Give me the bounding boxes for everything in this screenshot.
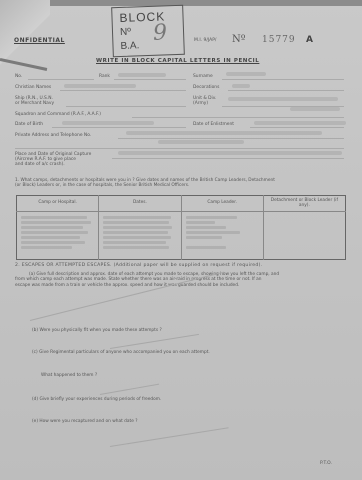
question-2a: (a) Give full description and approx. da… <box>15 272 350 288</box>
capture-entry <box>118 151 342 155</box>
capture-label-line3: and date of a/c crash). <box>15 162 65 167</box>
question-1-line2: (or Block) Leaders or, in the case of ho… <box>15 183 189 188</box>
field-christian-names-label: Christian Names <box>15 85 51 90</box>
field-squadron-label: Squadron and Command (R.A.F., A.A.F.) <box>15 112 101 117</box>
question-2a-line2: from which camp each attempt was made. S… <box>15 277 262 282</box>
field-ship-line <box>66 106 186 107</box>
col-dates: Dates. <box>99 196 181 212</box>
block-stamp: BLOCK Nº B.A. 9 <box>111 5 185 57</box>
field-rank-label: Rank <box>99 74 110 79</box>
serial-suffix: A <box>306 35 313 45</box>
question-2c: (c) Give Regimental particulars of anyon… <box>32 350 210 355</box>
field-enlistment-label: Date of Enlistment <box>193 122 234 127</box>
serial-number: 15779 <box>262 35 296 45</box>
field-no-line <box>28 79 94 80</box>
stamp-handwritten-number: 9 <box>153 20 168 45</box>
field-surname-line <box>222 79 344 80</box>
field-address-line <box>118 138 344 139</box>
field-rank-entry <box>118 73 166 77</box>
field-ship-line2: or Merchant Navy <box>15 101 54 106</box>
field-dob-label: Date of Birth <box>15 122 43 127</box>
field-decorations-line <box>228 90 344 91</box>
field-address-entry-2 <box>158 140 244 144</box>
pencil-stroke <box>110 334 199 349</box>
camps-table-header: Camp or Hospital. Dates. Camp Leader. De… <box>17 196 346 212</box>
field-enlistment-line <box>250 127 344 128</box>
cell-leader-entries <box>181 212 263 260</box>
field-christian-names-entry <box>64 84 136 88</box>
field-enlistment-entry <box>254 121 346 125</box>
field-unit-line2: (Army) <box>193 101 208 106</box>
field-surname-label: Surname <box>193 74 213 79</box>
field-dob-line <box>52 127 186 128</box>
field-unit-label: Unit & Div. (Army) <box>193 96 216 106</box>
field-squadron-line <box>132 117 344 118</box>
field-surname-entry <box>226 72 266 76</box>
pto-footer: P.T.O. <box>320 461 332 466</box>
field-christian-names-line <box>60 90 186 91</box>
cell-camp-entries <box>17 212 99 260</box>
capture-label: Place and Date of Original Capture (Airc… <box>15 152 91 167</box>
field-address-label: Private Address and Telephone No. <box>15 133 91 138</box>
table-row <box>17 212 346 260</box>
camps-table: Camp or Hospital. Dates. Camp Leader. De… <box>16 195 346 260</box>
question-2-heading: 2. ESCAPES OR ATTEMPTED ESCAPES. (Additi… <box>15 263 263 268</box>
classification-label: ONFIDENTIAL <box>14 37 65 44</box>
field-rank-line <box>114 79 186 80</box>
col-detachment-leader: Detachment or Block Leader (if any). <box>263 196 345 212</box>
number-label: Nº <box>232 34 245 45</box>
question-1: 1. What camps, detachments or hospitals … <box>15 178 350 189</box>
cell-detachment-entries <box>263 212 345 260</box>
cell-dates-entries <box>99 212 181 260</box>
pencil-stroke <box>110 427 229 447</box>
col-camp-or-hospital: Camp or Hospital. <box>17 196 99 212</box>
pencil-stroke <box>100 384 159 395</box>
question-2d: (d) Give briefly your experiences during… <box>32 397 161 402</box>
form-reference: M.I. 9/JAP/ <box>194 38 216 43</box>
field-unit-entry-2 <box>290 107 340 111</box>
instruction-header: WRITE IN BLOCK CAPITAL LETTERS IN PENCIL <box>96 58 259 64</box>
question-2e: (e) How were you recaptured and on what … <box>32 419 137 424</box>
field-address-line-2 <box>15 148 344 149</box>
stamp-no-label: Nº <box>120 27 131 38</box>
field-decorations-label: Decorations <box>193 85 219 90</box>
question-2b: (b) Were you physically fit when you mad… <box>32 328 162 333</box>
capture-line <box>112 158 344 159</box>
question-2a-line3: escape was made from a train or vehicle … <box>15 283 239 288</box>
field-ship-label: Ship (R.N., U.S.N. or Merchant Navy <box>15 96 54 106</box>
document-page: BLOCK Nº B.A. 9 ONFIDENTIAL M.I. 9/JAP/ … <box>0 0 362 480</box>
field-address-entry <box>126 131 322 135</box>
question-2c-followup: What happened to them ? <box>41 373 97 378</box>
col-camp-leader: Camp Leader. <box>181 196 263 212</box>
field-no-label: No. <box>15 74 22 79</box>
field-unit-entry <box>228 97 338 101</box>
stamp-ba-label: B.A. <box>120 40 139 52</box>
field-dob-entry <box>62 121 154 125</box>
field-decorations-entry <box>232 84 250 88</box>
